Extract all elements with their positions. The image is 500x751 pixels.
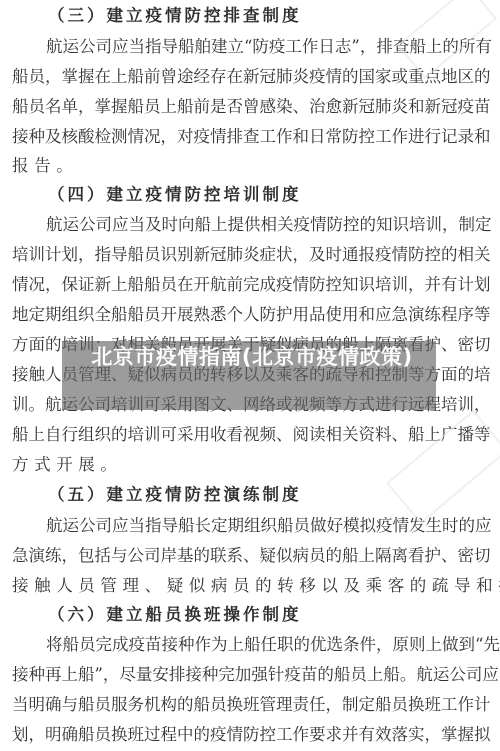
- paragraph-line: 急演练，包括与公司岸基的联系、疑似病员的船上隔离看护、密切: [12, 541, 490, 571]
- overlay-title[interactable]: 北京市疫情指南(北京市疫情政策): [72, 343, 432, 372]
- paragraph-line: 培训计划，指导船员识别新冠肺炎症状，及时通报疫情防控的相关: [12, 240, 490, 270]
- section-heading: （四）建立疫情防控培训制度: [48, 180, 302, 210]
- paragraph-line: 船员名单，掌握船员上船前是否曾感染、治愈新冠肺炎和新冠疫苗: [12, 92, 490, 122]
- paragraph-line: 接种再上船”，尽量安排接种完加强针疫苗的船员上船。航运公司应: [12, 660, 490, 690]
- paragraph-line: 地定期组织全船船员开展熟悉个人防护用品使用和应急演练程序等: [12, 300, 490, 330]
- paragraph-line: 接种及核酸检测情况，对疫情排查工作和日常防控工作进行记录和: [12, 122, 490, 152]
- paragraph-line: 报告。: [12, 151, 78, 181]
- paragraph-line: 情况，保证新上船船员在开航前完成疫情防控知识培训，并有计划: [12, 270, 490, 300]
- paragraph-line: 船上自行组织的培训可采用收看视频、阅读相关资料、船上广播等: [12, 420, 490, 450]
- section-heading: （六）建立船员换班操作制度: [48, 600, 302, 630]
- section-heading: （三）建立疫情防控排查制度: [48, 1, 302, 31]
- paragraph-line: 当明确与船员服务机构的船员换班管理责任，制定船员换班工作计: [12, 690, 490, 720]
- paragraph-line: 航运公司应当及时向船上提供相关疫情防控的知识培训，制定: [46, 210, 490, 240]
- paragraph-line: 方式开展。: [12, 450, 123, 480]
- title-overlay-banner[interactable]: 北京市疫情指南(北京市疫情政策): [62, 341, 436, 410]
- paragraph-line: 接触人员管理、疑似病员的转移以及乘客的疏导和控制等。: [12, 571, 500, 601]
- section-heading: （五）建立疫情防控演练制度: [48, 480, 302, 510]
- paragraph-line: 划，明确船员换班过程中的疫情防控工作要求并有效落实，掌握拟: [12, 720, 490, 750]
- paragraph-line: 将船员完成疫苗接种作为上船任职的优选条件，原则上做到“先: [46, 630, 490, 660]
